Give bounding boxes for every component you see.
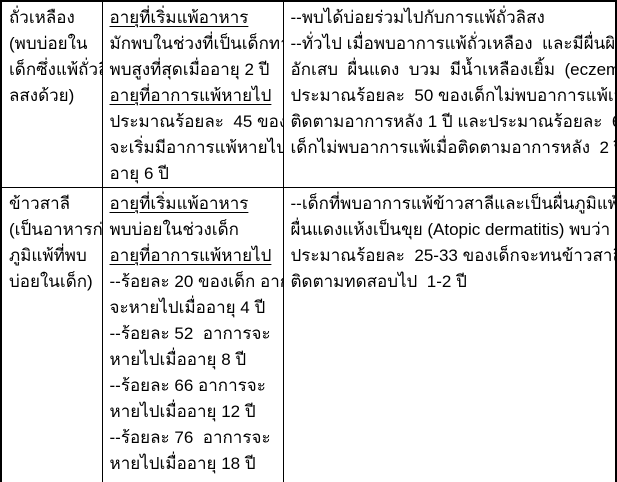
text-line: เด็กไม่พบอาการแพ้เมื่อติดตามอาการหลัง 2 … <box>291 135 610 161</box>
cell-wheat-details: --เด็กที่พบอาการแพ้ข้าวสาลีและเป็นผื่นภู… <box>283 188 616 482</box>
text-line: บ่อยในเด็ก) <box>9 269 96 295</box>
text-line: อักเสบ ผื่นแดง บวม มีน้ำเหลืองเยิ้ม (ecz… <box>291 57 610 83</box>
text-line: เด็กซึ่งแพ้ถั่วลิ <box>9 57 96 83</box>
text-line: --ร้อยละ 20 ของเด็ก อาการ <box>110 269 277 295</box>
text-line: (พบบ่อยใน <box>9 31 96 57</box>
cell-wheat-food-name: ข้าวสาลี(เป็นอาหารก่อภูมิแพ้ที่พบบ่อยในเ… <box>1 188 102 482</box>
table-row-soybean: ถั่วเหลือง(พบบ่อยในเด็กซึ่งแพ้ถั่วลิลสงด… <box>1 1 616 188</box>
text-line: ถั่วเหลือง <box>9 5 96 31</box>
text-line: อายุ 6 ปี <box>110 161 277 187</box>
allergy-table: ถั่วเหลือง(พบบ่อยในเด็กซึ่งแพ้ถั่วลิลสงด… <box>0 0 617 482</box>
text-line: หายไปเมื่ออายุ 18 ปี <box>110 451 277 477</box>
text-line: (เป็นอาหารก่อ <box>9 217 96 243</box>
cell-soybean-food-name: ถั่วเหลือง(พบบ่อยในเด็กซึ่งแพ้ถั่วลิลสงด… <box>1 1 102 188</box>
text-line: ติดตามทดสอบไป 1-2 ปี <box>291 269 610 295</box>
text-line: อายุที่เริ่มแพ้อาหาร <box>110 5 277 31</box>
text-line: หายไปเมื่ออายุ 8 ปี <box>110 347 277 373</box>
text-line: ประมาณร้อยละ 25-33 ของเด็กจะทนข้าวสาลีได… <box>291 243 610 269</box>
text-line: อายุที่อาการแพ้หายไป <box>110 243 277 269</box>
text-line: อายุที่อาการแพ้หายไป <box>110 83 277 109</box>
text-line: ข้าวสาลี <box>9 191 96 217</box>
text-line: --พบได้บ่อยร่วมไปกับการแพ้ถั่วลิสง <box>291 5 610 31</box>
text-line: --ทั่วไป เมื่อพบอาการแพ้ถั่วเหลือง และมี… <box>291 31 610 57</box>
text-line: จะหายไปเมื่ออายุ 4 ปี <box>110 295 277 321</box>
text-line: มักพบในช่วงที่เป็นเด็กทารก <box>110 31 277 57</box>
text-line: ติดตามอาการหลัง 1 ปี และประมาณร้อยละ 67 … <box>291 109 610 135</box>
text-line: --ร้อยละ 76 อาการจะ <box>110 425 277 451</box>
text-line: ประมาณร้อยละ 45 ของเด็ก <box>110 109 277 135</box>
text-line: ลสงด้วย) <box>9 83 96 109</box>
cell-soybean-details: --พบได้บ่อยร่วมไปกับการแพ้ถั่วลิสง--ทั่ว… <box>283 1 616 188</box>
text-line: พบสูงที่สุดเมื่ออายุ 2 ปี <box>110 57 277 83</box>
cell-wheat-age-info: อายุที่เริ่มแพ้อาหารพบบ่อยในช่วงเด็กอายุ… <box>102 188 283 482</box>
text-line: --เด็กที่พบอาการแพ้ข้าวสาลีและเป็นผื่นภู… <box>291 191 610 217</box>
text-line: พบบ่อยในช่วงเด็ก <box>110 217 277 243</box>
table-row-wheat: ข้าวสาลี(เป็นอาหารก่อภูมิแพ้ที่พบบ่อยในเ… <box>1 188 616 482</box>
document-page: ถั่วเหลือง(พบบ่อยในเด็กซึ่งแพ้ถั่วลิลสงด… <box>0 0 617 482</box>
text-line: ประมาณร้อยละ 50 ของเด็กไม่พบอาการแพ้เมื่… <box>291 83 610 109</box>
text-line: --ร้อยละ 66 อาการจะ <box>110 373 277 399</box>
text-line: อายุที่เริ่มแพ้อาหาร <box>110 191 277 217</box>
text-line: จะเริ่มมีอาการแพ้หายไปเมื่อ <box>110 135 277 161</box>
text-line: ภูมิแพ้ที่พบ <box>9 243 96 269</box>
cell-soybean-age-info: อายุที่เริ่มแพ้อาหารมักพบในช่วงที่เป็นเด… <box>102 1 283 188</box>
text-line: หายไปเมื่ออายุ 12 ปี <box>110 399 277 425</box>
text-line: --ร้อยละ 52 อาการจะ <box>110 321 277 347</box>
text-line: ผื่นแดงแห้งเป็นขุย (Atopic dermatitis) พ… <box>291 217 610 243</box>
